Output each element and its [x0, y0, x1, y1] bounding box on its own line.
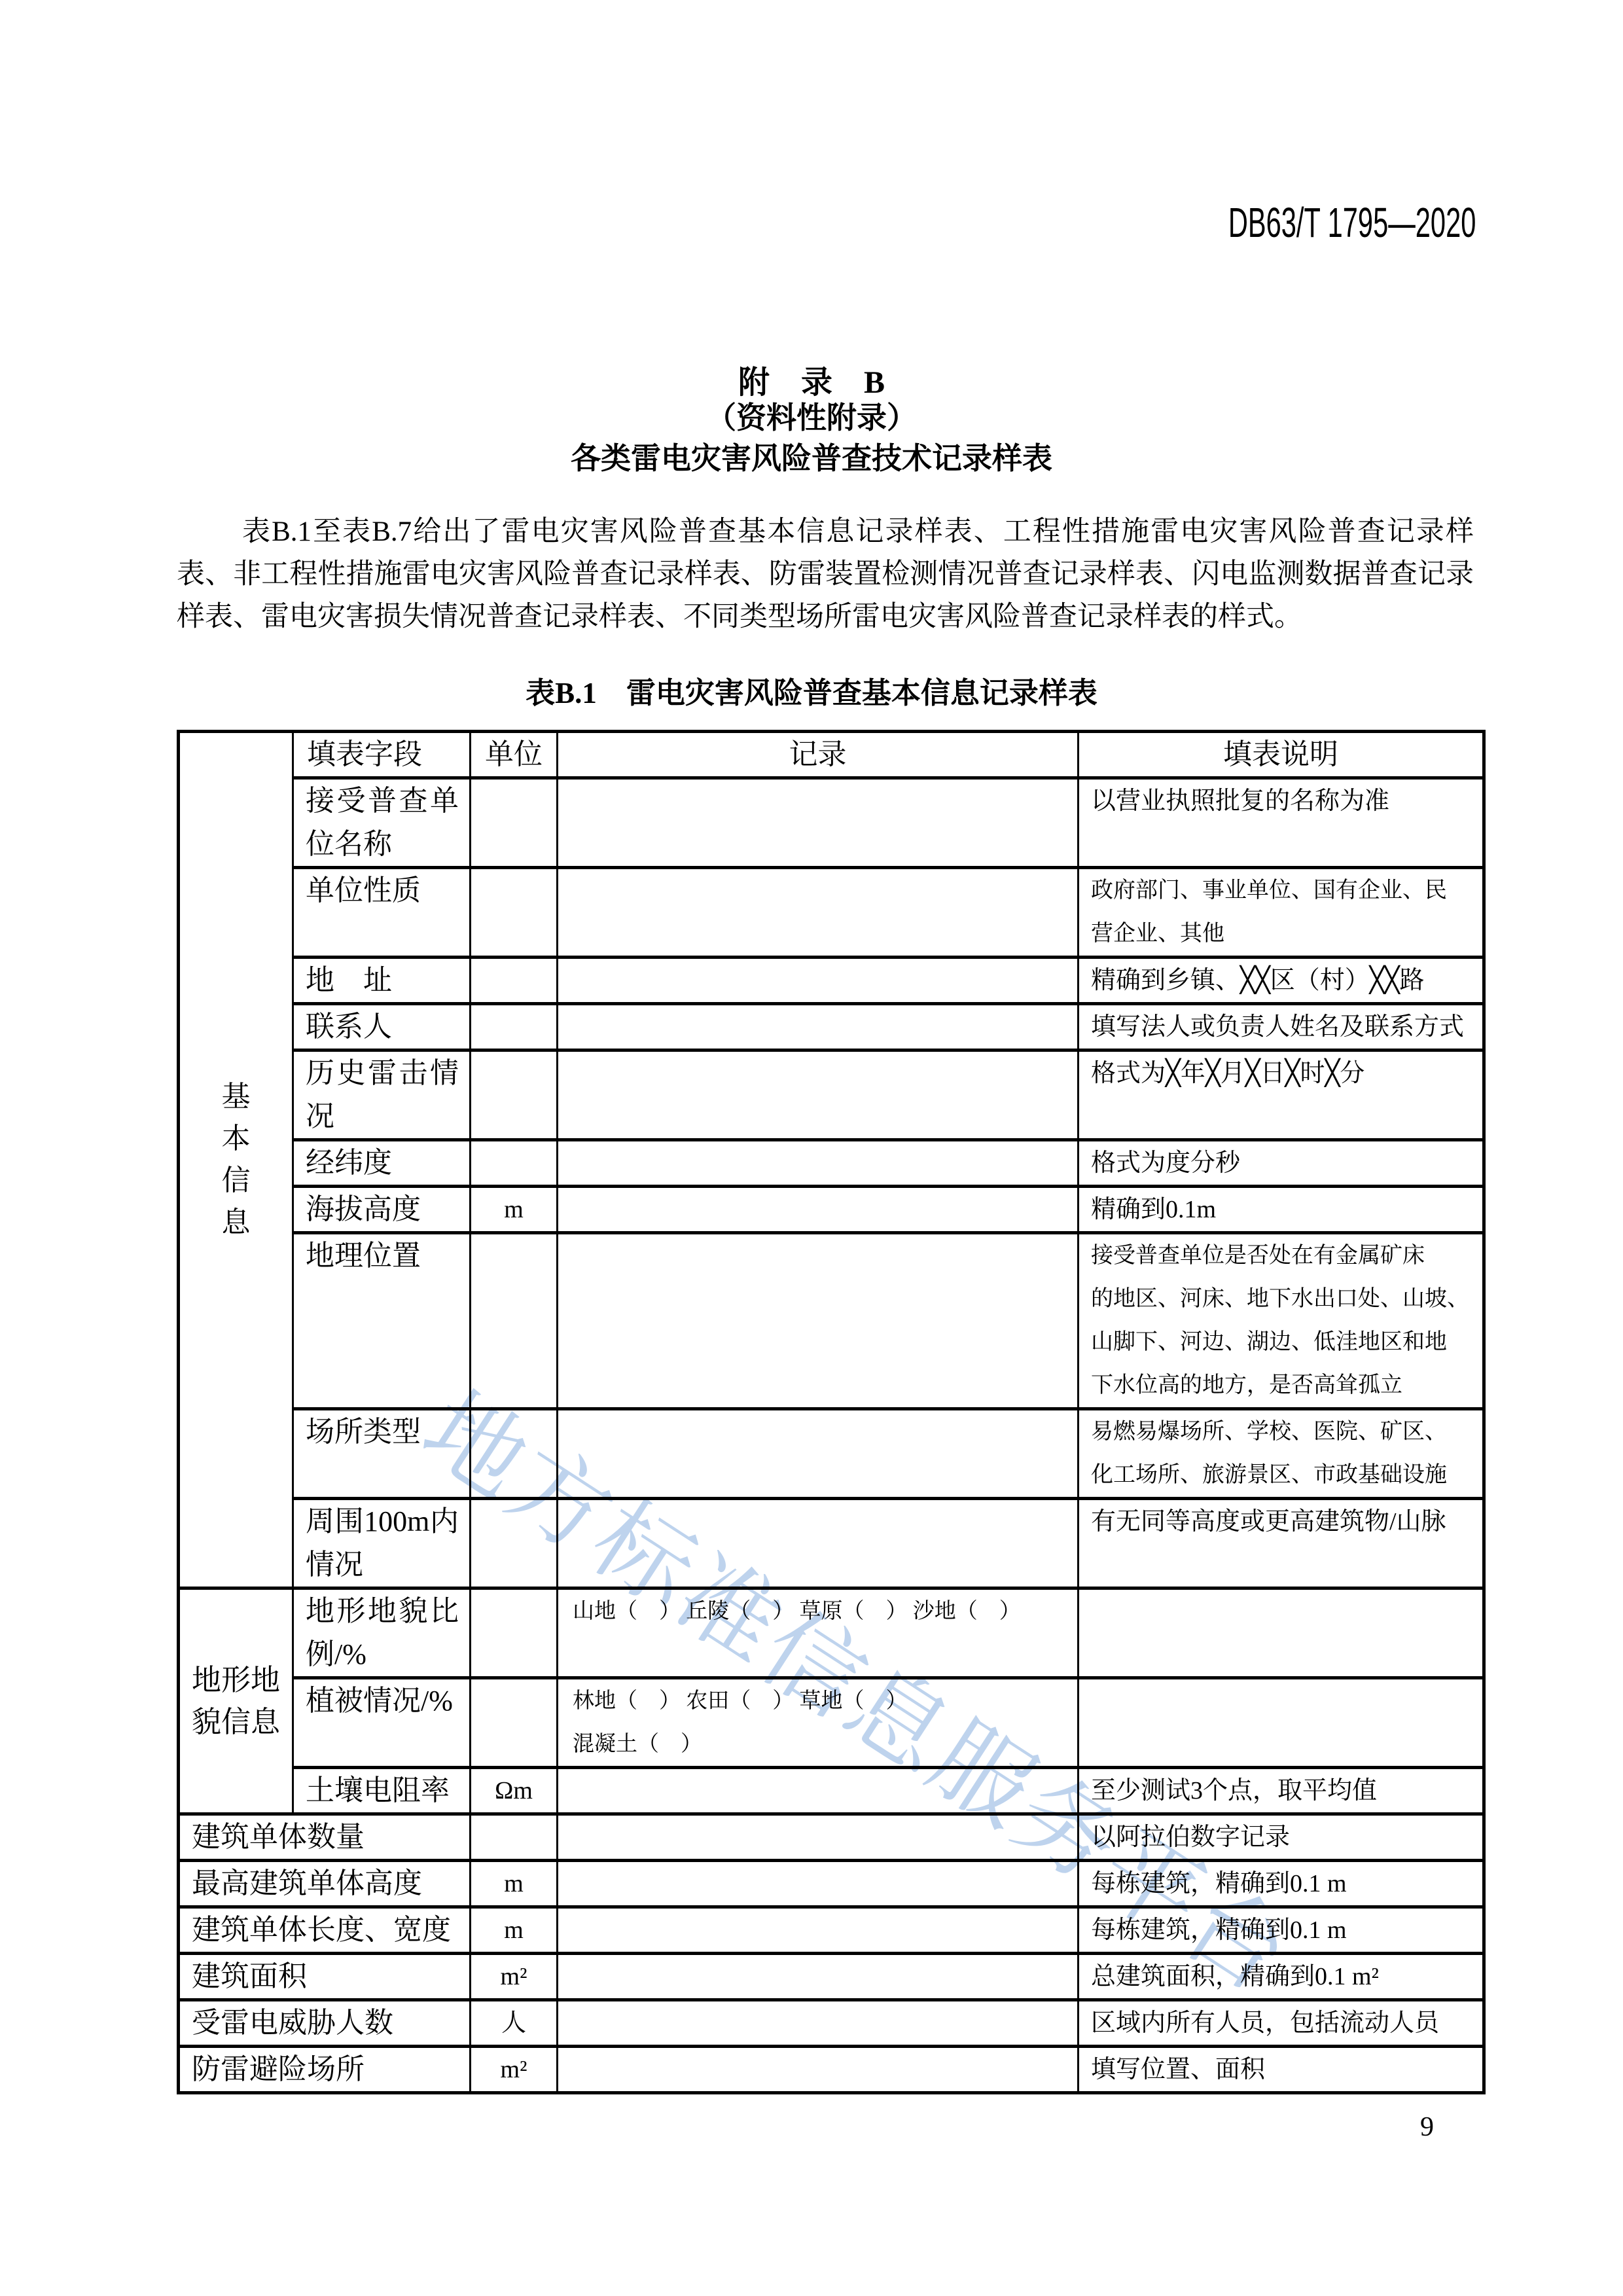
table-row: 联系人 填写法人或负责人姓名及联系方式: [179, 1004, 1484, 1050]
unit-cell: [471, 1499, 558, 1588]
field-label: 防雷避险场所: [179, 2047, 471, 2093]
note-cell: 每栋建筑，精确到0.1 m: [1079, 1861, 1484, 1907]
table-row: 接受普查单位名称 以营业执照批复的名称为准: [179, 778, 1484, 868]
record-sample-table: 基 本 信 息 填表字段 单位 记录 填表说明 接受普查单位名称 以营业执照批复…: [177, 730, 1486, 2094]
table-row: 历史雷击情况 格式为╳年╳月╳日╳时╳分: [179, 1050, 1484, 1140]
field-label: 经纬度: [293, 1140, 471, 1187]
table-row: 建筑单体数量 以阿拉伯数字记录: [179, 1814, 1484, 1861]
field-label: 建筑单体长度、宽度: [179, 1907, 471, 1954]
note-cell: 以阿拉伯数字记录: [1079, 1814, 1484, 1861]
header-field: 填表字段: [293, 732, 471, 778]
table-row: 土壤电阻率 Ωm 至少测试3个点，取平均值: [179, 1768, 1484, 1814]
unit-cell: [471, 1678, 558, 1768]
unit-cell: [471, 868, 558, 958]
unit-cell: m²: [471, 2047, 558, 2093]
unit-cell: [471, 1004, 558, 1050]
record-cell: [558, 1861, 1079, 1907]
field-label: 植被情况/%: [293, 1678, 471, 1768]
note-cell: [1079, 1678, 1484, 1768]
appendix-heading: 各类雷电灾害风险普查技术记录样表: [0, 435, 1623, 478]
category-basic-info: 基 本 信 息: [179, 732, 293, 1588]
record-cell: 山地（ ） 丘陵（ ） 草原（ ） 沙地（ ）: [558, 1588, 1079, 1678]
record-cell: [558, 1499, 1079, 1588]
field-label: 海拔高度: [293, 1187, 471, 1233]
category-terrain-info: 地形地 貌信息: [179, 1588, 293, 1814]
note-cell: 格式为╳年╳月╳日╳时╳分: [1079, 1050, 1484, 1140]
record-cell: [558, 1004, 1079, 1050]
note-cell: 格式为度分秒: [1079, 1140, 1484, 1187]
table-row: 经纬度 格式为度分秒: [179, 1140, 1484, 1187]
field-label: 最高建筑单体高度: [179, 1861, 471, 1907]
record-cell: 林地（ ） 农田（ ） 草地（ ） 混凝土（ ）: [558, 1678, 1079, 1768]
unit-cell: [471, 1233, 558, 1409]
unit-cell: m: [471, 1861, 558, 1907]
field-label: 历史雷击情况: [293, 1050, 471, 1140]
table-row: 海拔高度 m 精确到0.1m: [179, 1187, 1484, 1233]
note-cell: 总建筑面积，精确到0.1 m²: [1079, 1954, 1484, 2000]
note-cell: 填写位置、面积: [1079, 2047, 1484, 2093]
record-cell: [558, 1954, 1079, 2000]
note-cell: 政府部门、事业单位、国有企业、民 营企业、其他: [1079, 868, 1484, 958]
unit-cell: [471, 778, 558, 868]
field-label: 建筑面积: [179, 1954, 471, 2000]
note-cell: 至少测试3个点，取平均值: [1079, 1768, 1484, 1814]
table-row: 建筑单体长度、宽度 m 每栋建筑，精确到0.1 m: [179, 1907, 1484, 1954]
field-label: 地理位置: [293, 1233, 471, 1409]
field-label: 土壤电阻率: [293, 1768, 471, 1814]
note-cell: 精确到0.1m: [1079, 1187, 1484, 1233]
field-label: 地 址: [293, 958, 471, 1004]
table-row: 场所类型 易燃易爆场所、学校、医院、矿区、 化工场所、旅游景区、市政基础设施: [179, 1409, 1484, 1499]
page-number: 9: [1420, 2111, 1434, 2143]
note-cell: 精确到乡镇、╳╳区（村）╳╳路: [1079, 958, 1484, 1004]
note-cell: [1079, 1588, 1484, 1678]
unit-cell: [471, 1050, 558, 1140]
header-record: 记录: [558, 732, 1079, 778]
unit-cell: Ωm: [471, 1768, 558, 1814]
table-row: 防雷避险场所 m² 填写位置、面积: [179, 2047, 1484, 2093]
unit-cell: [471, 1588, 558, 1678]
field-label: 单位性质: [293, 868, 471, 958]
record-cell: [558, 1907, 1079, 1954]
unit-cell: [471, 1814, 558, 1861]
intro-paragraph: 表B.1至表B.7给出了雷电灾害风险普查基本信息记录样表、工程性措施雷电灾害风险…: [177, 511, 1474, 638]
header-unit: 单位: [471, 732, 558, 778]
table-row: 植被情况/% 林地（ ） 农田（ ） 草地（ ） 混凝土（ ）: [179, 1678, 1484, 1768]
table-row: 地理位置 接受普查单位是否处在有金属矿床 的地区、河床、地下水出口处、山坡、 山…: [179, 1233, 1484, 1409]
field-label: 地形地貌比例/%: [293, 1588, 471, 1678]
table-row: 地 址 精确到乡镇、╳╳区（村）╳╳路: [179, 958, 1484, 1004]
table-row: 周围100m内情况 有无同等高度或更高建筑物/山脉: [179, 1499, 1484, 1588]
field-label: 周围100m内情况: [293, 1499, 471, 1588]
appendix-subtitle: （资料性附录）: [0, 394, 1623, 437]
note-cell: 每栋建筑，精确到0.1 m: [1079, 1907, 1484, 1954]
field-label: 场所类型: [293, 1409, 471, 1499]
unit-cell: m²: [471, 1954, 558, 2000]
header-note: 填表说明: [1079, 732, 1484, 778]
record-cell: [558, 868, 1079, 958]
table-caption: 表B.1 雷电灾害风险普查基本信息记录样表: [0, 669, 1623, 711]
field-label: 建筑单体数量: [179, 1814, 471, 1861]
field-label: 联系人: [293, 1004, 471, 1050]
standard-code: DB63/T 1795—2020: [1228, 202, 1476, 243]
record-cell: [558, 1409, 1079, 1499]
record-cell: [558, 2000, 1079, 2047]
note-cell: 填写法人或负责人姓名及联系方式: [1079, 1004, 1484, 1050]
record-cell: [558, 1050, 1079, 1140]
table-row: 建筑面积 m² 总建筑面积，精确到0.1 m²: [179, 1954, 1484, 2000]
table-header-row: 基 本 信 息 填表字段 单位 记录 填表说明: [179, 732, 1484, 778]
table-row: 受雷电威胁人数 人 区域内所有人员，包括流动人员: [179, 2000, 1484, 2047]
note-cell: 以营业执照批复的名称为准: [1079, 778, 1484, 868]
record-cell: [558, 958, 1079, 1004]
record-cell: [558, 1814, 1079, 1861]
record-cell: [558, 778, 1079, 868]
unit-cell: [471, 958, 558, 1004]
note-cell: 易燃易爆场所、学校、医院、矿区、 化工场所、旅游景区、市政基础设施: [1079, 1409, 1484, 1499]
record-cell: [558, 1140, 1079, 1187]
table-row: 地形地 貌信息 地形地貌比例/% 山地（ ） 丘陵（ ） 草原（ ） 沙地（ ）: [179, 1588, 1484, 1678]
unit-cell: 人: [471, 2000, 558, 2047]
note-cell: 有无同等高度或更高建筑物/山脉: [1079, 1499, 1484, 1588]
field-label: 接受普查单位名称: [293, 778, 471, 868]
unit-cell: [471, 1140, 558, 1187]
table-row: 最高建筑单体高度 m 每栋建筑，精确到0.1 m: [179, 1861, 1484, 1907]
note-cell: 接受普查单位是否处在有金属矿床 的地区、河床、地下水出口处、山坡、 山脚下、河边…: [1079, 1233, 1484, 1409]
unit-cell: m: [471, 1187, 558, 1233]
note-cell: 区域内所有人员，包括流动人员: [1079, 2000, 1484, 2047]
record-cell: [558, 1768, 1079, 1814]
document-page: 地方标准信息服务平台 DB63/T 1795—2020 附 录 B （资料性附录…: [0, 0, 1623, 2296]
unit-cell: m: [471, 1907, 558, 1954]
record-cell: [558, 1233, 1079, 1409]
table-row: 单位性质 政府部门、事业单位、国有企业、民 营企业、其他: [179, 868, 1484, 958]
field-label: 受雷电威胁人数: [179, 2000, 471, 2047]
unit-cell: [471, 1409, 558, 1499]
record-cell: [558, 2047, 1079, 2093]
record-cell: [558, 1187, 1079, 1233]
